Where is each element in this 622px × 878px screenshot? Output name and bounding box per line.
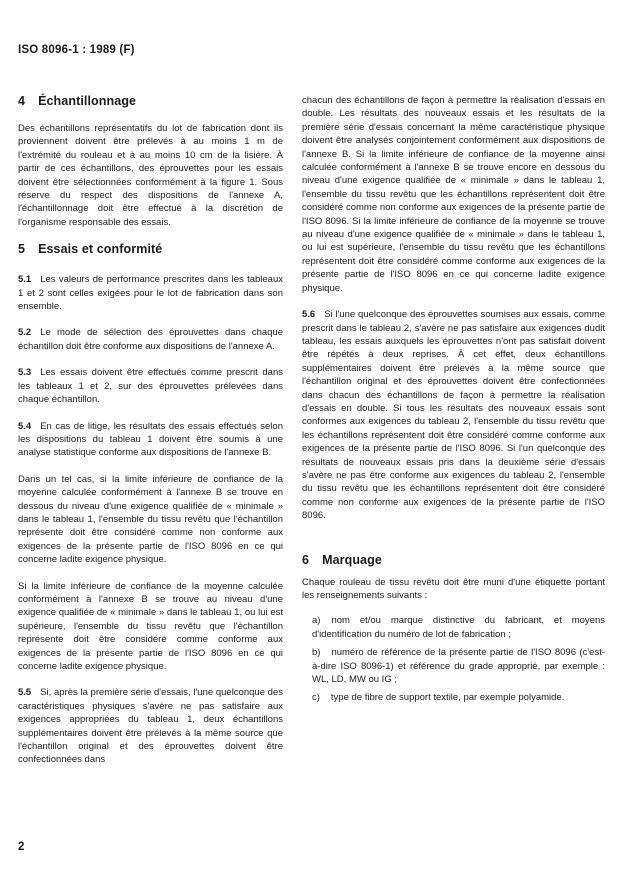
clause-5-1-number: 5.1 [18, 273, 31, 286]
section-5-title: Essais et conformité [38, 242, 162, 256]
marking-list: a)nom et/ou marque distinctive du fabric… [302, 614, 605, 704]
section-6-title: Marquage [322, 553, 382, 567]
clause-5-5-number: 5.5 [18, 686, 31, 699]
paragraph-sampling-intro: Des échantillons représentatifs du lot d… [18, 122, 283, 229]
list-item-a: a)nom et/ou marque distinctive du fabric… [312, 614, 605, 641]
clause-5-2: 5.2Le mode de sélection des éprouvettes … [18, 326, 283, 353]
list-item-a-label: a) [312, 614, 320, 627]
section-6-heading: 6Marquage [302, 553, 605, 567]
right-column: chacun des échantillons de façon à perme… [302, 94, 605, 710]
section-4-number: 4 [18, 94, 25, 108]
clause-5-4-paragraph-3: Si la limite inférieure de confiance de … [18, 580, 283, 674]
two-column-layout: 4Échantillonnage Des échantillons représ… [18, 94, 605, 780]
page-number: 2 [18, 841, 24, 853]
list-item-b: b)numéro de référence de la présente par… [312, 646, 605, 686]
clause-5-3-text: Les essais doivent être effectués comme … [18, 367, 283, 405]
clause-5-4-paragraph-2: Dans un tel cas, si la limite inférieure… [18, 473, 283, 567]
list-item-a-text: nom et/ou marque distinctive du fabrican… [312, 615, 605, 639]
clause-5-4-number: 5.4 [18, 420, 31, 433]
clause-5-6: 5.6Si l'une quelconque des éprouvettes s… [302, 308, 605, 523]
paragraph-marking-intro: Chaque rouleau de tissu revêtu doit être… [302, 576, 605, 603]
clause-5-4-text: En cas de litige, les résultats des essa… [18, 421, 283, 459]
clause-5-1: 5.1Les valeurs de performance prescrites… [18, 273, 283, 313]
clause-5-3: 5.3Les essais doivent être effectués com… [18, 366, 283, 406]
document-header-reference: ISO 8096-1 : 1989 (F) [18, 44, 605, 56]
left-column: 4Échantillonnage Des échantillons représ… [18, 94, 283, 780]
section-5-heading: 5Essais et conformité [18, 242, 283, 256]
clause-5-1-text: Les valeurs de performance prescrites da… [18, 274, 283, 312]
list-item-b-text: numéro de référence de la présente parti… [312, 647, 605, 685]
section-4-heading: 4Échantillonnage [18, 94, 283, 108]
list-item-b-label: b) [312, 646, 320, 659]
list-item-c-text: type de fibre de support textile, par ex… [331, 692, 564, 703]
document-page: ISO 8096-1 : 1989 (F) 4Échantillonnage D… [0, 0, 622, 878]
clause-5-5-text: Si, après la première série d'essais, l'… [18, 687, 283, 765]
list-item-c: c)type de fibre de support textile, par … [312, 691, 605, 704]
list-item-c-label: c) [312, 691, 320, 704]
clause-5-5: 5.5Si, après la première série d'essais,… [18, 686, 283, 766]
clause-5-3-number: 5.3 [18, 366, 31, 379]
clause-5-4: 5.4En cas de litige, les résultats des e… [18, 420, 283, 460]
section-4-title: Échantillonnage [38, 94, 136, 108]
clause-5-2-text: Le mode de sélection des éprouvettes dan… [18, 327, 283, 351]
clause-5-5-continuation: chacun des échantillons de façon à perme… [302, 94, 605, 295]
section-6-number: 6 [302, 553, 309, 567]
section-5-number: 5 [18, 242, 25, 256]
clause-5-6-text: Si l'une quelconque des éprouvettes soum… [302, 309, 605, 521]
clause-5-2-number: 5.2 [18, 326, 31, 339]
clause-5-6-number: 5.6 [302, 308, 315, 321]
